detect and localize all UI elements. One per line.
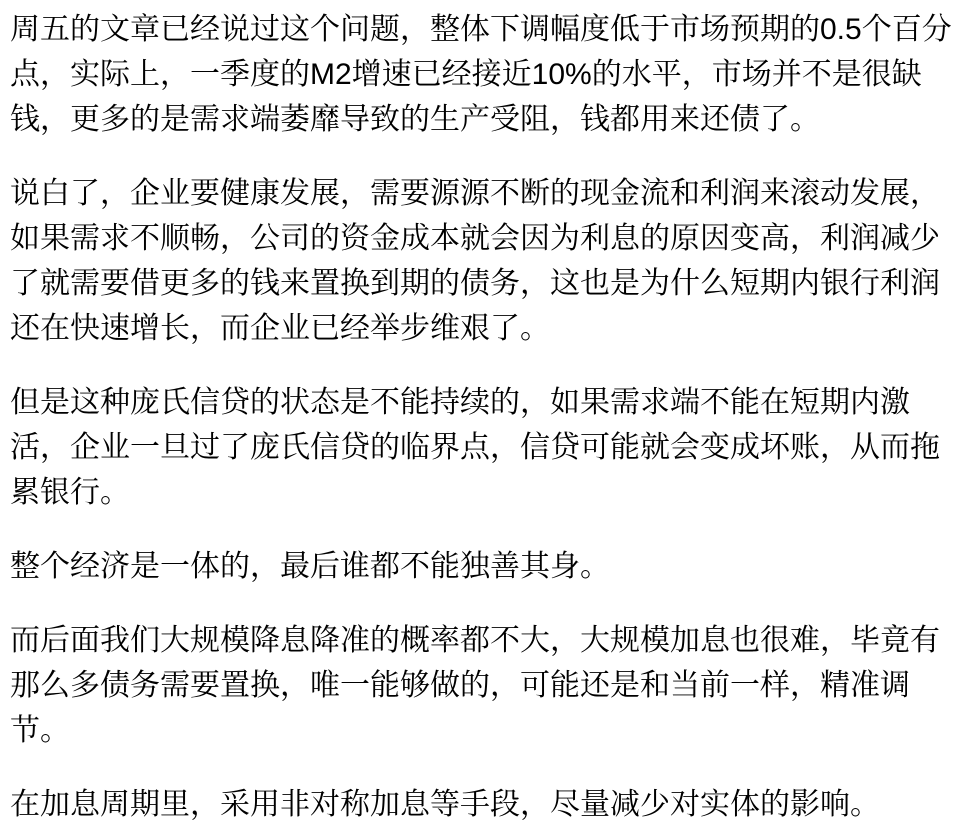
article-paragraph: 但是这种庞氏信贷的状态是不能持续的，如果需求端不能在短期内激活，企业一旦过了庞氏… bbox=[10, 380, 965, 515]
article-paragraph: 说白了，企业要健康发展，需要源源不断的现金流和利润来滚动发展，如果需求不顺畅，公… bbox=[10, 171, 965, 351]
article-paragraph: 在加息周期里，采用非对称加息等手段，尽量减少对实体的影响。 bbox=[10, 782, 965, 825]
article-paragraph: 而后面我们大规模降息降准的概率都不大，大规模加息也很难，毕竟有那么多债务需要置换… bbox=[10, 618, 965, 753]
article-paragraph: 周五的文章已经说过这个问题，整体下调幅度低于市场预期的0.5个百分点，实际上，一… bbox=[10, 7, 965, 142]
article-body: 周五的文章已经说过这个问题，整体下调幅度低于市场预期的0.5个百分点，实际上，一… bbox=[0, 0, 969, 825]
article-paragraph: 整个经济是一体的，最后谁都不能独善其身。 bbox=[10, 544, 965, 589]
